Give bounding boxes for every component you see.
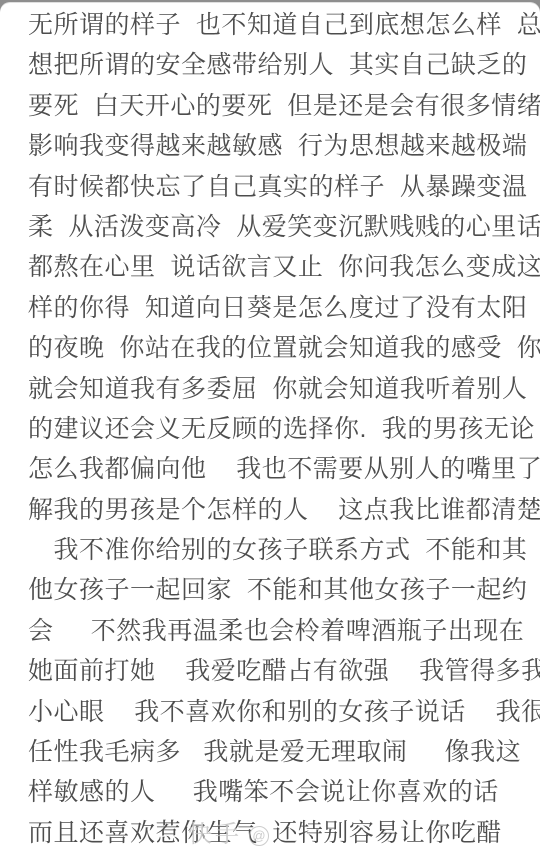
text-line: 解我的男孩是个怎样的人 这点我比谁都清楚 [28, 490, 526, 530]
text-line: 要死 白天开心的要死 但是还是会有很多情绪 [28, 86, 526, 126]
text-line: 都熬在心里 说话欲言又止 你问我怎么变成这 [28, 247, 526, 287]
text-block: 无所谓的样子 也不知道自己到底想怎么样 总 想把所谓的安全感带给别人 其实自己缺… [28, 5, 526, 852]
text-line: 小心眼 我不喜欢你和别的女孩子说话 我很 [28, 692, 526, 732]
text-card: 无所谓的样子 也不知道自己到底想怎么样 总 想把所谓的安全感带给别人 其实自己缺… [0, 2, 540, 852]
text-line: 样敏感的人 我嘴笨不会说让你喜欢的话 [28, 772, 526, 812]
text-line: 柔 从活泼变高冷 从爱笑变沉默贱贱的心里话 [28, 207, 526, 247]
text-line: 想把所谓的安全感带给别人 其实自己缺乏的 [28, 45, 526, 85]
text-line: 他女孩子一起回家 不能和其他女孩子一起约 [28, 570, 526, 610]
text-line: 无所谓的样子 也不知道自己到底想怎么样 总 [28, 5, 526, 45]
text-line: 我不准你给别的女孩子联系方式 不能和其 [28, 530, 526, 570]
text-line: 就会知道我有多委屈 你就会知道我听着别人 [28, 369, 526, 409]
text-line: 而且还喜欢惹你生气 还特别容易让你吃醋 [28, 813, 526, 852]
text-line: 影响我变得越来越敏感 行为思想越来越极端 [28, 126, 526, 166]
text-line: 有时候都快忘了自己真实的样子 从暴躁变温 [28, 167, 526, 207]
text-line: 的建议还会义无反顾的选择你. 我的男孩无论 [28, 409, 526, 449]
text-line: 的夜晚 你站在我的位置就会知道我的感受 你 [28, 328, 526, 368]
text-line: 任性我毛病多 我就是爱无理取闹 像我这 [28, 732, 526, 772]
text-line: 她面前打她 我爱吃醋占有欲强 我管得多我 [28, 651, 526, 691]
text-line: 样的你得 知道向日葵是怎么度过了没有太阳 [28, 288, 526, 328]
screenshot-stage: 无所谓的样子 也不知道自己到底想怎么样 总 想把所谓的安全感带给别人 其实自己缺… [0, 0, 540, 852]
text-line: 怎么我都偏向他 我也不需要从别人的嘴里了 [28, 449, 526, 489]
text-line: 会 不然我再温柔也会柃着啤酒瓶子出现在 [28, 611, 526, 651]
